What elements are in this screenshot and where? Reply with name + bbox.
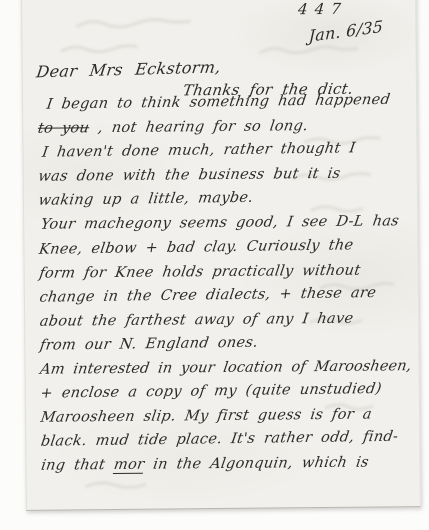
letter-line: + enclose a copy of my (quite unstudied) bbox=[38, 381, 414, 410]
letter-line: I began to think something had happened bbox=[35, 92, 411, 121]
letter-line: from our N. England ones. bbox=[38, 332, 414, 361]
letter-text: waking up a little, maybe. bbox=[37, 190, 254, 209]
letter-page: 447 Jan. 6/35 Dear Mrs Eckstorm, Thanks … bbox=[21, 0, 421, 511]
letter-text: form for Knee holds practically without bbox=[38, 262, 361, 281]
date-line: Jan. 6/35 bbox=[308, 17, 383, 46]
letter-text: Am interested in your location of Maroos… bbox=[39, 358, 412, 378]
letter-text: about the farthest away of any I have bbox=[39, 311, 355, 330]
letter-text: I began to think something had happened bbox=[46, 92, 392, 113]
letter-line: Knee, elbow + bad clay. Curiously the bbox=[37, 236, 413, 265]
letter-text: I haven't done much, rather thought I bbox=[41, 140, 357, 160]
scan-background: 447 Jan. 6/35 Dear Mrs Eckstorm, Thanks … bbox=[0, 0, 429, 530]
letter-text: black. mud tide place. It's rather odd, … bbox=[40, 429, 400, 450]
letter-line: ing that mor in the Algonquin, which is bbox=[39, 455, 415, 483]
letter-text: was done with the business but it is bbox=[37, 166, 341, 185]
letter-text: Maroosheen slip. My first guess is for a bbox=[40, 407, 373, 426]
page-number: 447 bbox=[297, 0, 348, 18]
letter-body: I began to think something had happenedt… bbox=[37, 93, 413, 482]
letter-text: + enclose a copy of my (quite unstudied) bbox=[39, 381, 382, 402]
letter-text: ing that bbox=[40, 457, 115, 474]
letter-line: change in the Cree dialects, + these are bbox=[37, 284, 413, 313]
letter-text: from our N. England ones. bbox=[39, 335, 259, 354]
letter-text-underline: mor bbox=[113, 457, 146, 474]
letter-line: I haven't done much, rather thought I bbox=[36, 140, 412, 169]
letter-text: in the Algonquin, which is bbox=[143, 455, 370, 473]
letter-text: Your machegony seems good, I see D-L has bbox=[40, 214, 401, 233]
letter-text-strike: to you bbox=[37, 120, 91, 137]
salutation: Dear Mrs Eckstorm, bbox=[35, 57, 222, 81]
letter-text: , not hearing for so long. bbox=[88, 118, 309, 136]
